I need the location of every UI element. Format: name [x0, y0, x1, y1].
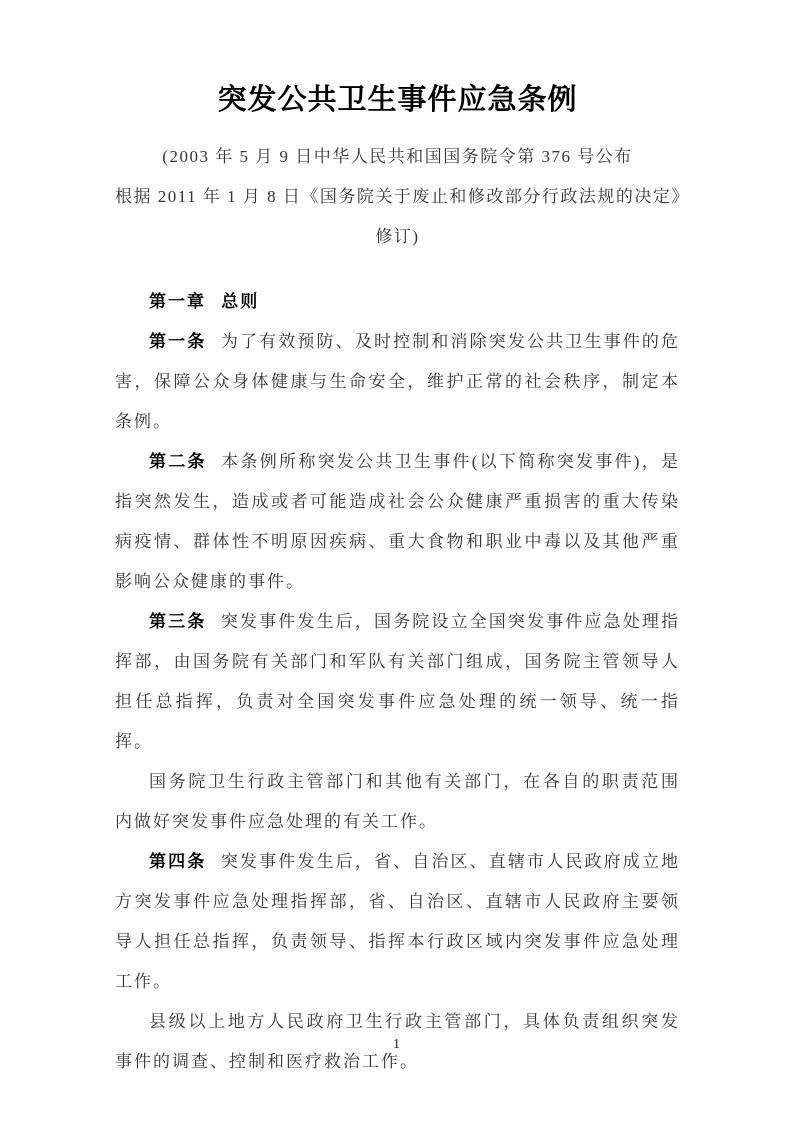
continuation-paragraph: 国务院卫生行政主管部门和其他有关部门，在各自的职责范围内做好突发事件应急处理的有… — [115, 762, 680, 842]
article-paragraph: 第三条突发事件发生后，国务院设立全国突发事件应急处理指挥部，由国务院有关部门和军… — [115, 602, 680, 762]
page-number: 1 — [0, 1035, 793, 1055]
article-number: 第一条 — [149, 332, 206, 351]
article-number: 第二条 — [149, 452, 207, 471]
article-number: 第四条 — [149, 852, 206, 871]
promulgation-line-3: 修订) — [115, 217, 680, 257]
chapter-number: 第一章 — [149, 292, 206, 311]
paragraph-text: 国务院卫生行政主管部门和其他有关部门，在各自的职责范围内做好突发事件应急处理的有… — [115, 772, 680, 831]
chapter-title: 总则 — [221, 292, 259, 311]
article-paragraph: 第四条突发事件发生后，省、自治区、直辖市人民政府成立地方突发事件应急处理指挥部，… — [115, 842, 680, 1002]
article-number: 第三条 — [149, 612, 206, 631]
promulgation-note: (2003 年 5 月 9 日中华人民共和国国务院令第 376 号公布 根据 2… — [115, 137, 680, 257]
article-text: 突发事件发生后，国务院设立全国突发事件应急处理指挥部，由国务院有关部门和军队有关… — [115, 612, 680, 751]
article-text: 突发事件发生后，省、自治区、直辖市人民政府成立地方突发事件应急处理指挥部，省、自… — [115, 852, 680, 991]
document-content: 突发公共卫生事件应急条例 (2003 年 5 月 9 日中华人民共和国国务院令第… — [115, 80, 680, 1082]
promulgation-line-1: (2003 年 5 月 9 日中华人民共和国国务院令第 376 号公布 — [115, 137, 680, 177]
document-title: 突发公共卫生事件应急条例 — [115, 80, 680, 120]
article-paragraph: 第二条本条例所称突发公共卫生事件(以下简称突发事件)，是指突然发生，造成或者可能… — [115, 442, 680, 602]
document-body: 第一章总则 第一条为了有效预防、及时控制和消除突发公共卫生事件的危害，保障公众身… — [115, 282, 680, 1082]
article-paragraph: 第一条为了有效预防、及时控制和消除突发公共卫生事件的危害，保障公众身体健康与生命… — [115, 322, 680, 442]
article-text: 本条例所称突发公共卫生事件(以下简称突发事件)，是指突然发生，造成或者可能造成社… — [115, 452, 680, 591]
chapter-heading: 第一章总则 — [115, 282, 680, 322]
promulgation-line-2: 根据 2011 年 1 月 8 日《国务院关于废止和修改部分行政法规的决定》 — [115, 177, 680, 217]
document-page: 突发公共卫生事件应急条例 (2003 年 5 月 9 日中华人民共和国国务院令第… — [0, 0, 793, 1122]
